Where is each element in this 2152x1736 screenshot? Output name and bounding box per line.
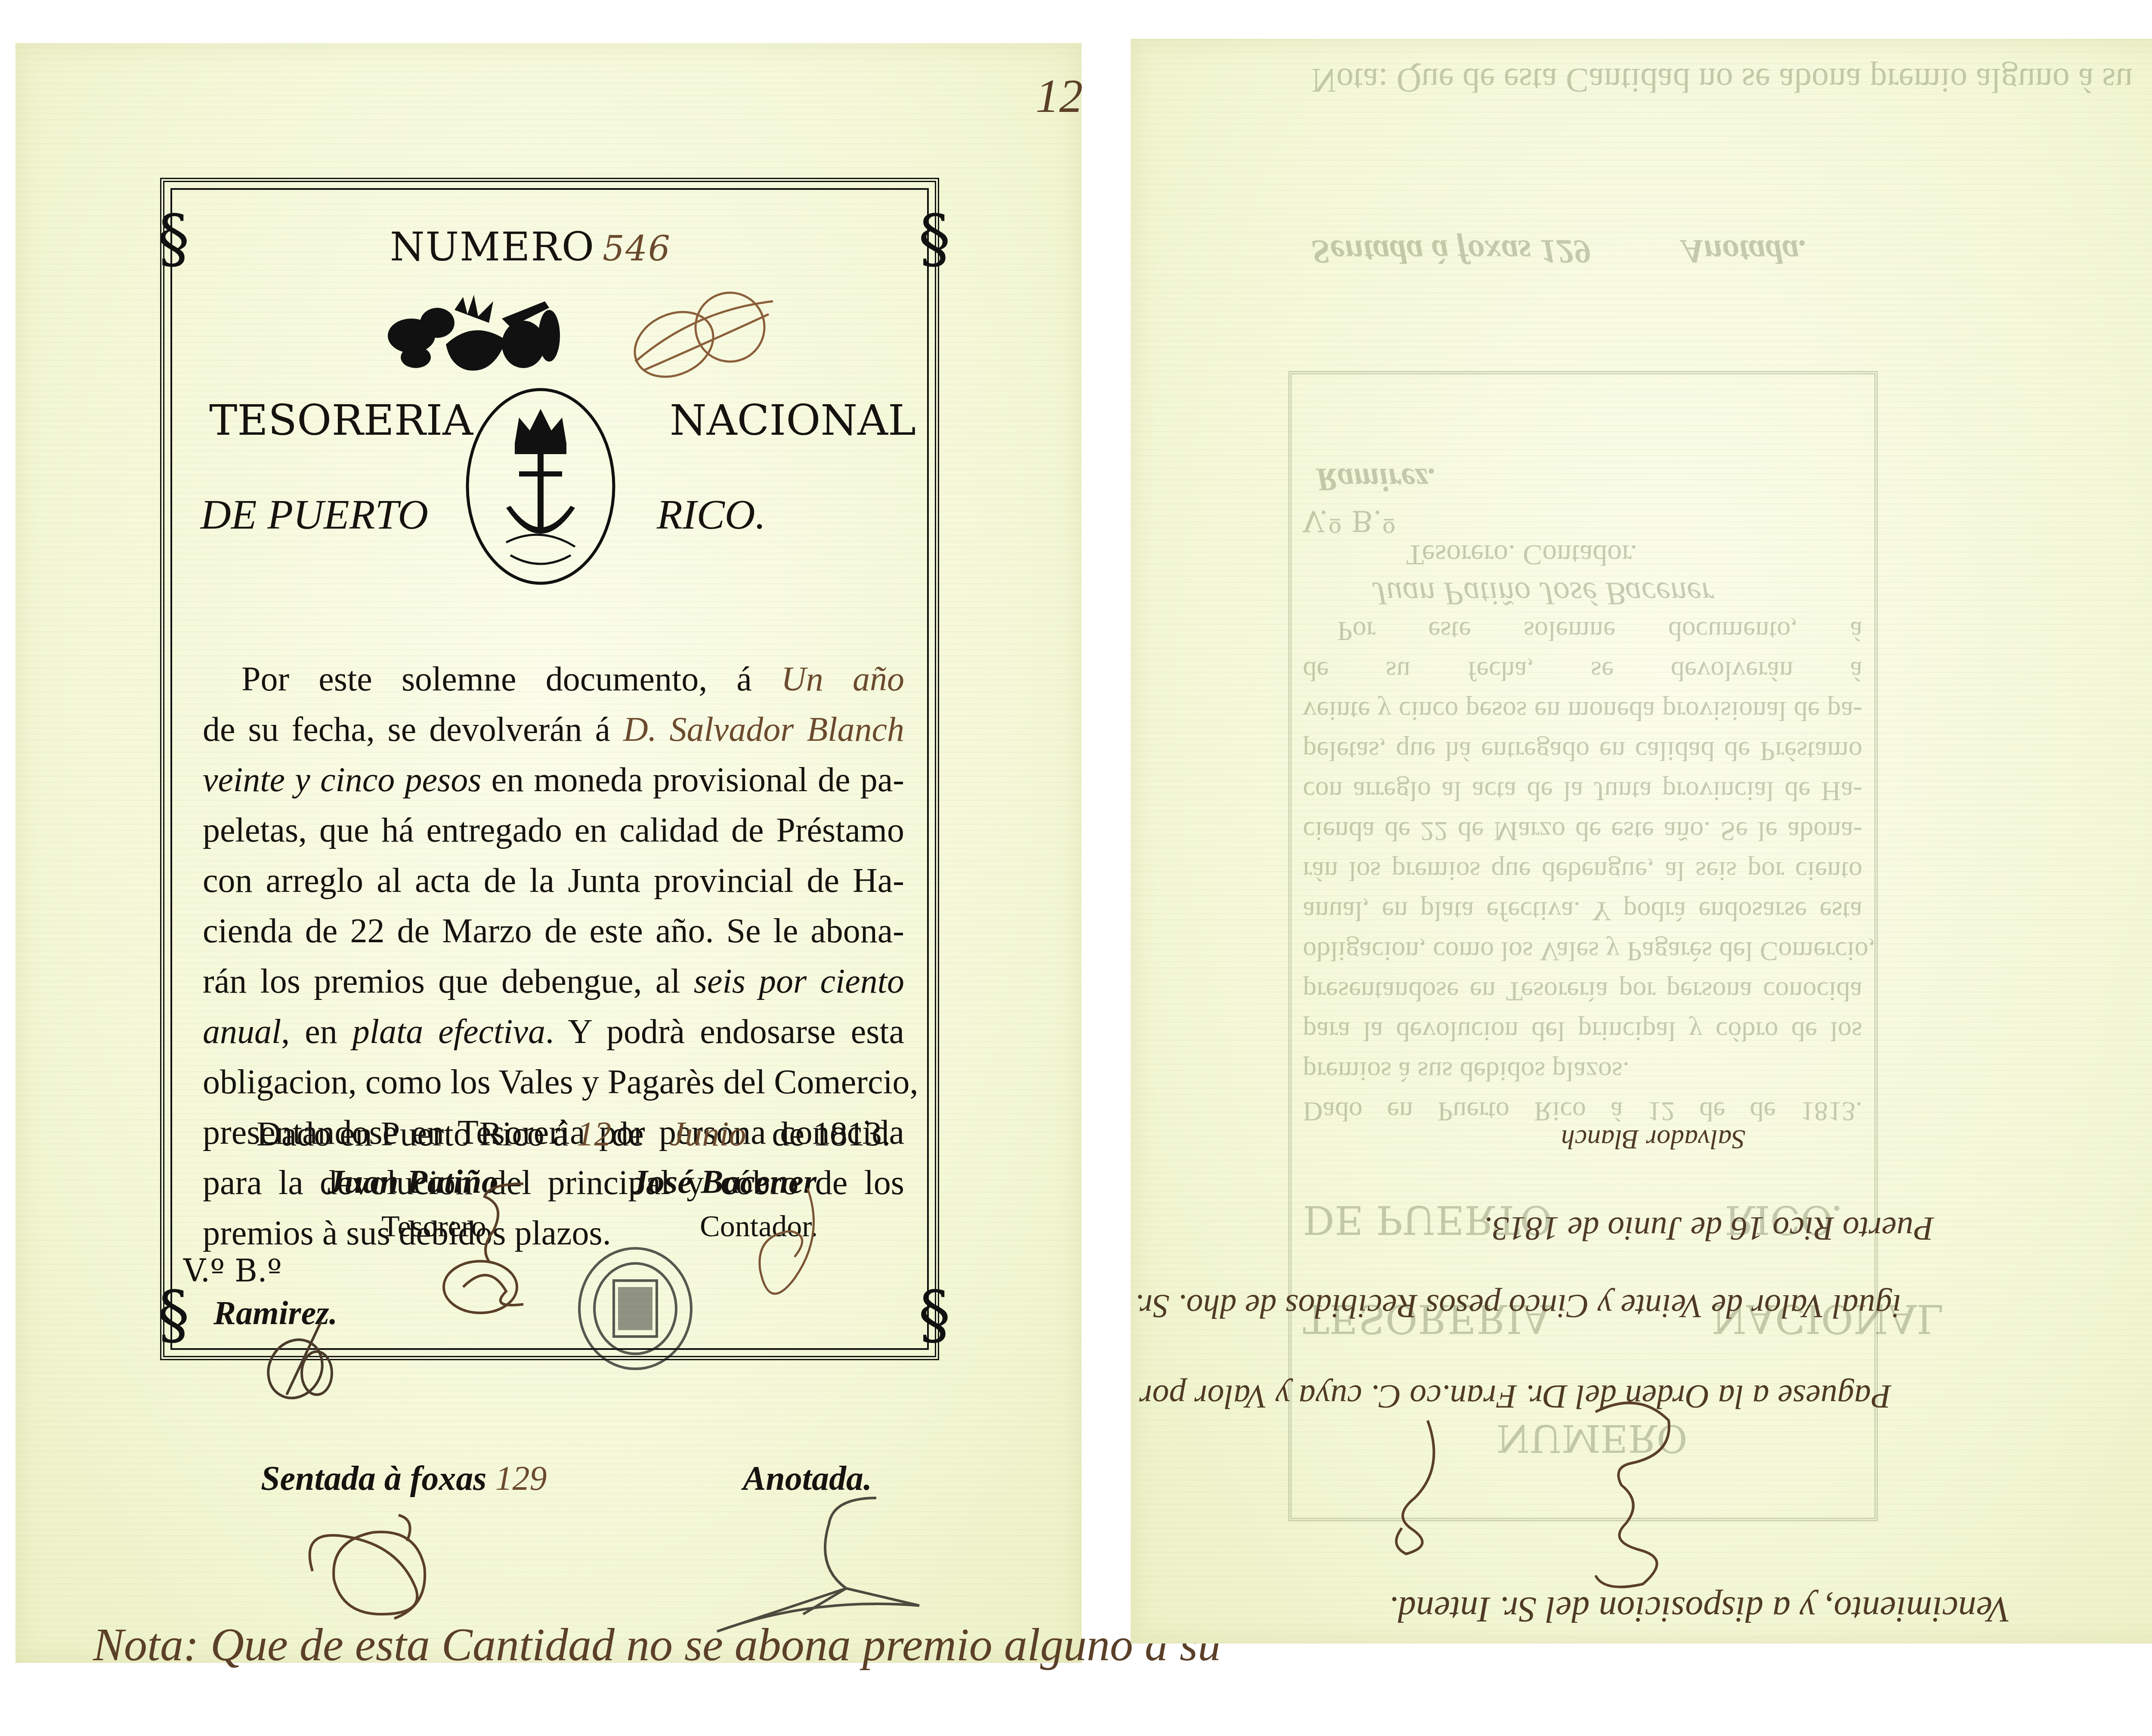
contador-rubric-signature-icon — [743, 1184, 829, 1321]
issue-day: 12 — [577, 1115, 611, 1153]
body-line-5: con arreglo al acta de la Junta provinci… — [203, 856, 904, 906]
visto-bueno-label: V.º B.º — [183, 1253, 282, 1289]
bleed-through-anotada: Anotada. — [1682, 232, 1808, 271]
folio-reference: 129 — [495, 1460, 547, 1498]
endorsement-signature-line: Salvador Blanch — [1561, 1123, 1745, 1155]
handwritten-term: Un año — [781, 660, 904, 698]
subtitle-de-puerto: DE PUERTO — [201, 491, 428, 539]
back-bottom-note: Vencimiento, y a disposicion del Sr. Int… — [1389, 1588, 2010, 1630]
bleed-through-roles: Tesorero. Contador. — [1406, 538, 1637, 572]
endorsement-value-line: igual Valor de Veinte y Cinco pesos Reci… — [1135, 1287, 1902, 1326]
endorsement-date-line: Puerto Rico 16 de Junio de 1813. — [1484, 1210, 1934, 1248]
scroll-ornament-bottom-left-icon: § — [154, 1283, 193, 1352]
back-page: Nota: Que de esta Cantidad no se abona p… — [1131, 39, 2152, 1643]
title-tesoreria: TESORERIA — [209, 396, 473, 445]
title-nacional: NACIONAL — [670, 396, 916, 445]
manuscript-note: Nota: Que de esta Cantidad no se abona p… — [93, 1618, 1221, 1672]
bleed-through-sentada: Sentada à foxas 129 — [1311, 232, 1590, 271]
issue-month: Junio — [670, 1115, 746, 1153]
front-page: 12 § § § § NUMERO546 TESORERIA NACIONAL … — [15, 43, 1082, 1663]
bleed-through-body: Dado en Puerto Rico á 12 de de 1813. pre… — [1303, 611, 1862, 1132]
manuscript-flourish-icon — [627, 284, 782, 387]
registration-line: Sentada à foxas 129 — [261, 1459, 547, 1498]
bleed-through-ramirez: Ramirez. — [1316, 461, 1437, 498]
floral-trophy-ornament-icon — [381, 293, 566, 379]
secondary-rubric-signature-icon — [1385, 1416, 1445, 1558]
handwritten-payee: D. Salvador Blanch — [623, 711, 904, 749]
numero-label: NUMERO — [390, 224, 595, 270]
treasury-seal-stamp-icon — [571, 1244, 700, 1373]
body-line-9: obligacion, como los Vales y Pagarès del… — [203, 1057, 904, 1108]
body-line-7: rán los premios que debengue, al seis po… — [203, 956, 904, 1007]
tesorero-rubric-signature-icon — [437, 1179, 549, 1317]
body-line-8: anual, en plata efectiva. Y podrà endosa… — [203, 1007, 904, 1057]
body-line-1: Por este solemne documento, á Un año — [203, 654, 904, 705]
body-line-2: de su fecha, se devolverán á D. Salvador… — [203, 705, 904, 755]
amount-words: veinte y cinco pesos — [203, 761, 481, 799]
interest-rate: seis por ciento — [694, 962, 904, 1000]
numero-value: 546 — [603, 229, 671, 269]
bleed-through-manuscript-note: Nota: Que de esta Cantidad no se abona p… — [1311, 60, 2133, 99]
scroll-ornament-bottom-right-icon: § — [915, 1283, 954, 1352]
bleed-through-signatories: Juan Patiño José Bacener — [1372, 575, 1714, 612]
body-line-6: cienda de 22 de Marzo de este año. Se le… — [203, 906, 904, 956]
scroll-ornament-top-right-icon: § — [915, 207, 954, 275]
crown-anchor-wreath-emblem-icon — [455, 379, 627, 594]
body-line-4: peletas, que há entregado en calidad de … — [203, 805, 904, 856]
subtitle-rico: RICO. — [657, 491, 766, 539]
folio-number: 12 — [1036, 69, 1083, 124]
scroll-ornament-top-left-icon: § — [154, 207, 193, 275]
endorser-rubric-signature-icon — [1587, 1395, 1682, 1593]
payment-currency: plata efectiva — [352, 1013, 545, 1051]
issue-date-line: Dado en Puerto Rico á 12de Junio de 1813… — [257, 1115, 890, 1154]
bleed-through-vobo: V.º B.º — [1303, 504, 1396, 538]
body-line-3: veinte y cinco pesos en moneda provision… — [203, 755, 904, 805]
issue-year: 1813. — [813, 1115, 890, 1153]
visto-bueno-rubric-signature-icon — [257, 1317, 343, 1403]
registrar-rubric-signature-icon — [287, 1502, 467, 1631]
numero-heading: NUMERO546 — [390, 224, 671, 270]
endorsement-order-line: Paguese a la Orden del Dr. Fran.co C. cu… — [1139, 1377, 1892, 1416]
